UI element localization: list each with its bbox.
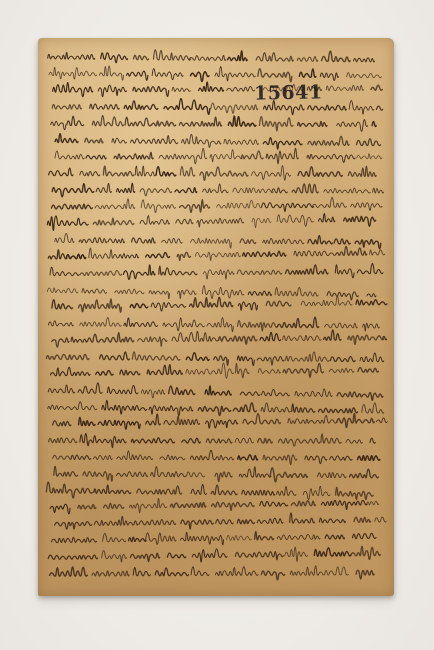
- handwriting-lines: [38, 38, 394, 596]
- inventory-stamp-number: 15641: [254, 81, 323, 104]
- manuscript-page: 15641: [38, 38, 394, 596]
